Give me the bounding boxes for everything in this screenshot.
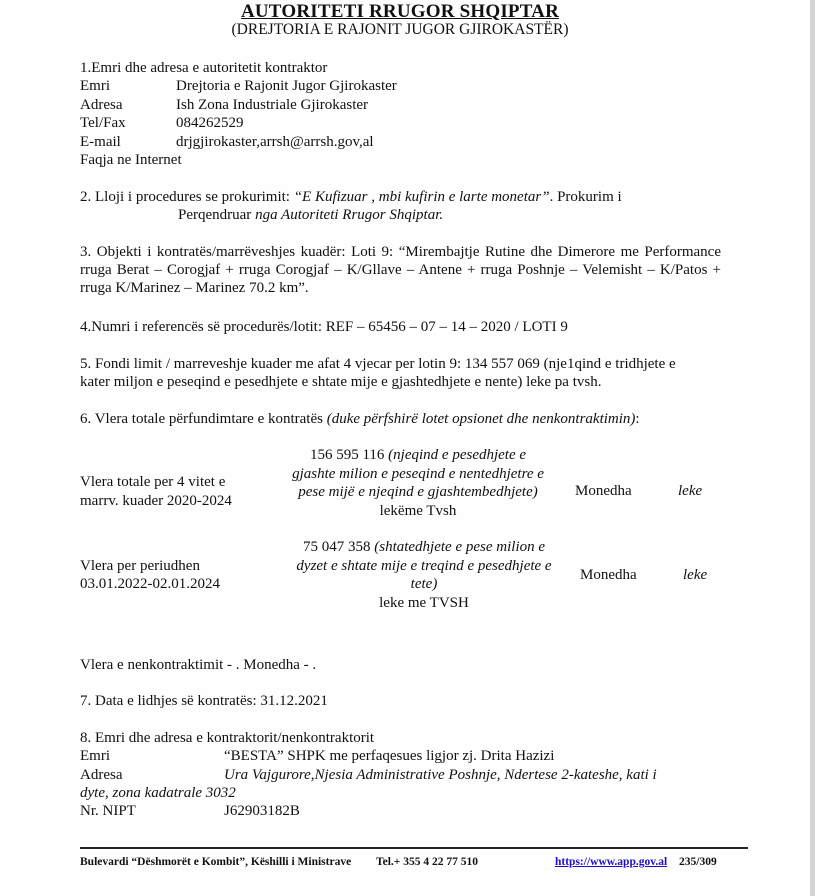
section4-reference-number: 4.Numri i referencës së procedurës/lotit… bbox=[80, 318, 568, 336]
procedure-type: “E Kufizuar , mbi kufirin e larte moneta… bbox=[294, 189, 550, 205]
section3-contract-object: 3. Objekti i kontratës/marrëveshjes kuad… bbox=[80, 243, 721, 297]
page-edge-shadow bbox=[810, 0, 815, 896]
authority-email-label: E-mail bbox=[80, 133, 121, 151]
authority-address-value: Ish Zona Industriale Gjirokaster bbox=[176, 96, 368, 114]
section2-prefix: 2. Lloji i procedures se prokurimit: bbox=[80, 189, 294, 205]
total-value-amount: 156 595 116 (njeqind e pesedhjete e gjas… bbox=[288, 446, 548, 520]
authority-telfax-value: 084262529 bbox=[176, 114, 244, 132]
section1-heading: 1.Emri dhe adresa e autoritetit kontrakt… bbox=[80, 59, 327, 77]
section7-contract-date: 7. Data e lidhjes së kontratës: 31.12.20… bbox=[80, 692, 328, 710]
period-value-label-line1: Vlera per periudhen bbox=[80, 557, 200, 575]
total-value-suffix: lekëme Tvsh bbox=[380, 503, 457, 519]
section2-procedure-type: 2. Lloji i procedures se prokurimit: “E … bbox=[80, 188, 622, 206]
document-title: AUTORITETI RRUGOR SHQIPTAR bbox=[0, 1, 800, 23]
contractor-name-value: “BESTA” SHPK me perfaqesues ligjor zj. D… bbox=[224, 747, 554, 765]
contractor-address-line2: dyte, zona kadatrale 3032 bbox=[80, 784, 236, 802]
period-value-suffix: leke me TVSH bbox=[379, 595, 469, 611]
document-page: AUTORITETI RRUGOR SHQIPTAR (DREJTORIA E … bbox=[0, 0, 810, 896]
section5-fund-limit-line2: kater miljon e peseqind e pesedhjete e s… bbox=[80, 373, 601, 391]
total-value-currency: leke bbox=[678, 482, 702, 500]
contractor-address-line1: Ura Vajgurore,Njesia Administrative Posh… bbox=[224, 766, 657, 784]
period-value-number: 75 047 358 bbox=[303, 539, 374, 555]
contractor-nipt-label: Nr. NIPT bbox=[80, 802, 136, 820]
section2-line2: Perqendruar nga Autoriteti Rrugor Shqipt… bbox=[178, 206, 443, 224]
contractor-name-label: Emri bbox=[80, 747, 110, 765]
footer-website-link[interactable]: https://www.app.gov.al bbox=[555, 856, 667, 868]
authority-name-label: Emri bbox=[80, 77, 110, 95]
section8-heading: 8. Emri dhe adresa e kontraktorit/nenkon… bbox=[80, 729, 374, 747]
footer-address: Bulevardi “Dëshmorët e Kombit”, Këshilli… bbox=[80, 856, 351, 868]
period-value-currency: leke bbox=[683, 566, 707, 584]
authority-name-value: Drejtoria e Rajonit Jugor Gjirokaster bbox=[176, 77, 397, 95]
total-value-number: 156 595 116 bbox=[310, 447, 388, 463]
document-subtitle: (DREJTORIA E RAJONIT JUGOR GJIROKASTËR) bbox=[0, 21, 800, 39]
contractor-address-label: Adresa bbox=[80, 766, 122, 784]
section2-line2-a: Perqendruar bbox=[178, 207, 255, 223]
footer-divider bbox=[80, 847, 748, 849]
authority-telfax-label: Tel/Fax bbox=[80, 114, 126, 132]
authority-website-label: Faqja ne Internet bbox=[80, 151, 182, 169]
contractor-nipt-value: J62903182B bbox=[224, 802, 300, 820]
section5-fund-limit-line1: 5. Fondi limit / marreveshje kuader me a… bbox=[80, 355, 676, 373]
authority-email-value: drjgjirokaster,arrsh@arrsh.gov,al bbox=[176, 133, 374, 151]
section2-suffix: . Prokurim i bbox=[550, 189, 622, 205]
section6-heading: 6. Vlera totale përfundimtare e kontratë… bbox=[80, 410, 640, 428]
footer-tel: Tel.+ 355 4 22 77 510 bbox=[376, 856, 478, 868]
total-value-label-line2: marrv. kuader 2020-2024 bbox=[80, 492, 232, 510]
section6-suffix: : bbox=[635, 411, 639, 427]
section6-italic: (duke përfshirë lotet opsionet dhe nenko… bbox=[327, 411, 636, 427]
section6-prefix: 6. Vlera totale përfundimtare e kontratë… bbox=[80, 411, 327, 427]
footer-page-number: 235/309 bbox=[679, 856, 717, 868]
total-value-currency-label: Monedha bbox=[575, 482, 632, 500]
section2-line2-b: nga Autoriteti Rrugor Shqiptar. bbox=[255, 207, 443, 223]
authority-address-label: Adresa bbox=[80, 96, 122, 114]
period-value-currency-label: Monedha bbox=[580, 566, 637, 584]
period-value-amount: 75 047 358 (shtatedhjete e pese milion e… bbox=[294, 538, 554, 612]
period-value-label-line2: 03.01.2022-02.01.2024 bbox=[80, 575, 220, 593]
total-value-label-line1: Vlera totale per 4 vitet e bbox=[80, 473, 225, 491]
subcontract-value: Vlera e nenkontraktimit - . Monedha - . bbox=[80, 656, 316, 674]
